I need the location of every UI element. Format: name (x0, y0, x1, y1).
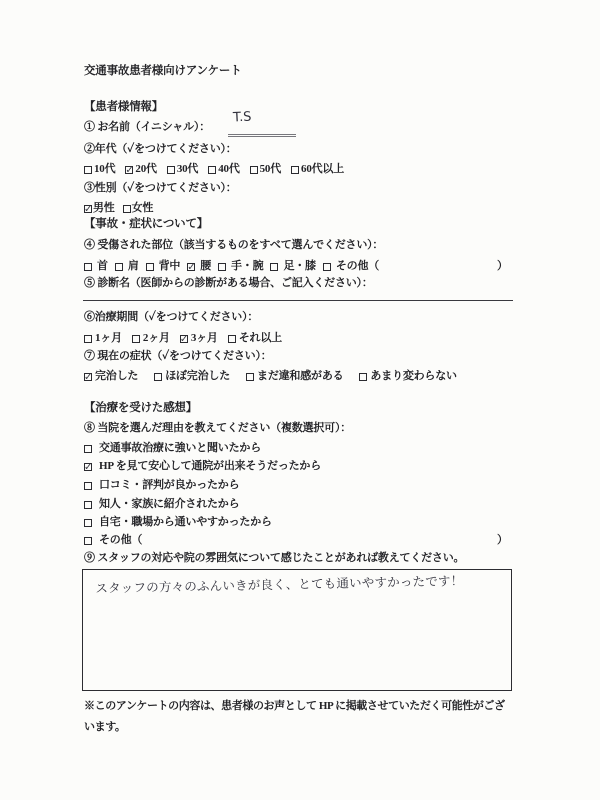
checkbox-option-part-hand-arm[interactable]: 手・腕 (218, 259, 263, 274)
option-label: 2ヶ月 (143, 331, 170, 346)
checkbox-option-gender-female[interactable]: 女性 (123, 201, 154, 216)
checkbox-option-symptom-unchanged[interactable]: あまり変わらない (359, 369, 456, 384)
option-label: 60代以上 (301, 162, 344, 177)
footnote: ※このアンケートの内容は、患者様のお声として HP に掲載させていただく可能性が… (84, 696, 514, 738)
checkbox-icon[interactable] (154, 373, 162, 381)
checkbox-option-age-50s[interactable]: 50代 (250, 162, 281, 177)
checkbox-icon[interactable] (125, 166, 133, 174)
checkbox-icon[interactable] (270, 263, 278, 271)
checkbox-icon[interactable] (84, 463, 92, 471)
option-label: 交通事故治療に強いと聞いたから (99, 441, 261, 456)
scanned-questionnaire-page: 交通事故患者様向けアンケート 【患者様情報】 ① お名前（イニシャル）： T.S… (0, 0, 600, 800)
option-label: 首 (97, 259, 108, 274)
option-label: その他（ (99, 533, 142, 548)
q4-options-row: 首 肩 背中 腰 手・腕 足・膝 その他（ (84, 259, 386, 274)
checkbox-option-duration-1month[interactable]: 1ヶ月 (84, 331, 122, 346)
q9-handwritten-answer: スタッフの方々のふんいきが良く、とても通いやすかったです！ (83, 561, 511, 597)
option-label: 男性 (93, 201, 115, 216)
checkbox-icon[interactable] (84, 519, 92, 527)
checkbox-icon[interactable] (84, 445, 92, 453)
option-label: 腰 (200, 259, 211, 274)
checkbox-icon[interactable] (323, 263, 331, 271)
checkbox-option-symptom-discomfort[interactable]: まだ違和感がある (246, 369, 343, 384)
q4-other-close-paren: ） (497, 259, 508, 274)
option-label: まだ違和感がある (257, 369, 343, 384)
checkbox-icon[interactable] (167, 166, 175, 174)
section-heading-accident: 【事故・症状について】 (84, 217, 208, 232)
checkbox-option-part-back[interactable]: 背中 (146, 259, 181, 274)
q3-options-row: 男性 女性 (84, 201, 161, 216)
q8-option-row: 口コミ・評判が良かったから (84, 478, 239, 493)
checkbox-icon[interactable] (187, 263, 195, 271)
option-label: それ以上 (239, 331, 282, 346)
option-label: 3ヶ月 (191, 331, 218, 346)
checkbox-option-part-neck[interactable]: 首 (84, 259, 108, 274)
checkbox-option-symptom-cured[interactable]: 完治した (84, 369, 138, 384)
q1-name-field[interactable] (228, 124, 296, 137)
checkbox-option-age-10s[interactable]: 10代 (84, 162, 115, 177)
checkbox-icon[interactable] (84, 335, 92, 343)
option-label: 1ヶ月 (95, 331, 122, 346)
checkbox-option-duration-more[interactable]: それ以上 (228, 331, 282, 346)
q1-row: ① お名前（イニシャル）： (84, 120, 210, 135)
checkbox-reason-strong-in-accident-care[interactable]: 交通事故治療に強いと聞いたから (84, 441, 261, 456)
checkbox-icon[interactable] (250, 166, 258, 174)
option-label: あまり変わらない (370, 369, 456, 384)
checkbox-option-part-waist[interactable]: 腰 (187, 259, 211, 274)
q5-label: ⑤ 診断名（医師からの診断がある場合、ご記入ください）： (84, 276, 373, 291)
checkbox-icon[interactable] (218, 263, 226, 271)
checkbox-icon[interactable] (84, 501, 92, 509)
option-label: 口コミ・評判が良かったから (99, 478, 239, 493)
q8-option-row: 交通事故治療に強いと聞いたから (84, 441, 261, 456)
option-label: 知人・家族に紹介されたから (99, 497, 239, 512)
q8-option-row: その他（ (84, 533, 142, 548)
section-heading-feedback: 【治療を受けた感想】 (84, 401, 197, 416)
q2-label: ②年代（✓をつけてください）： (84, 142, 237, 157)
checkbox-reason-other[interactable]: その他（ (84, 533, 142, 548)
checkbox-icon[interactable] (84, 482, 92, 490)
checkbox-icon[interactable] (132, 335, 140, 343)
checkbox-option-age-40s[interactable]: 40代 (208, 162, 239, 177)
q9-comment-box[interactable]: スタッフの方々のふんいきが良く、とても通いやすかったです！ (82, 569, 512, 691)
option-label: 完治した (95, 369, 138, 384)
q6-options-row: 1ヶ月 2ヶ月 3ヶ月 それ以上 (84, 331, 292, 346)
option-label: 30代 (177, 162, 198, 177)
q8-option-row: 知人・家族に紹介されたから (84, 497, 239, 512)
option-label: 20代 (135, 162, 156, 177)
page-title: 交通事故患者様向けアンケート (84, 64, 242, 79)
checkbox-option-part-leg-knee[interactable]: 足・膝 (270, 259, 315, 274)
q6-label: ⑥治療期間（✓をつけてください）： (84, 310, 258, 325)
q7-label: ⑦ 現在の症状（✓をつけてください）： (84, 349, 272, 364)
checkbox-icon[interactable] (84, 373, 92, 381)
q7-options-row: 完治した ほぼ完治した まだ違和感がある あまり変わらない (84, 369, 473, 384)
checkbox-icon[interactable] (123, 205, 131, 213)
q8-label: ⑧ 当院を選んだ理由を教えてください（複数選択可）： (84, 421, 351, 436)
checkbox-option-symptom-almost-cured[interactable]: ほぼ完治した (154, 369, 230, 384)
option-label: その他（ (336, 259, 379, 274)
checkbox-reason-reviews[interactable]: 口コミ・評判が良かったから (84, 478, 239, 493)
option-label: 50代 (260, 162, 281, 177)
q1-label: ① お名前（イニシャル）： (84, 121, 210, 133)
option-label: 自宅・職場から通いやすかったから (99, 515, 272, 530)
q3-label: ③性別（✓をつけてください）： (84, 181, 237, 196)
checkbox-option-age-20s[interactable]: 20代 (125, 162, 156, 177)
q2-options-row: 10代 20代 30代 40代 50代 60代以上 (84, 162, 354, 177)
option-label: 10代 (94, 162, 115, 177)
checkbox-icon[interactable] (84, 263, 92, 271)
checkbox-icon[interactable] (359, 373, 367, 381)
checkbox-option-age-60plus[interactable]: 60代以上 (291, 162, 344, 177)
checkbox-icon[interactable] (246, 373, 254, 381)
checkbox-icon[interactable] (146, 263, 154, 271)
option-label: 背中 (159, 259, 181, 274)
option-label: 女性 (132, 201, 154, 216)
checkbox-icon[interactable] (208, 166, 216, 174)
checkbox-icon[interactable] (84, 205, 92, 213)
checkbox-option-duration-2months[interactable]: 2ヶ月 (132, 331, 170, 346)
checkbox-icon[interactable] (84, 537, 92, 545)
checkbox-icon[interactable] (180, 335, 188, 343)
checkbox-option-gender-male[interactable]: 男性 (84, 201, 115, 216)
checkbox-reason-convenient-location[interactable]: 自宅・職場から通いやすかったから (84, 515, 272, 530)
q5-answer-line[interactable] (83, 300, 513, 301)
q4-label: ④ 受傷された部位（該当するものをすべて選んでください）： (84, 238, 383, 253)
checkbox-icon[interactable] (115, 263, 123, 271)
q8-option-row: 自宅・職場から通いやすかったから (84, 515, 272, 530)
checkbox-option-part-shoulder[interactable]: 肩 (115, 259, 139, 274)
option-label: 足・膝 (283, 259, 315, 274)
checkbox-reason-website[interactable]: HP を見て安心して通院が出来そうだったから (84, 459, 321, 474)
section-heading-patient-info: 【患者様情報】 (84, 100, 163, 115)
checkbox-reason-referral[interactable]: 知人・家族に紹介されたから (84, 497, 239, 512)
q8-option-row: HP を見て安心して通院が出来そうだったから (84, 459, 321, 474)
option-label: 手・腕 (231, 259, 263, 274)
checkbox-icon[interactable] (228, 335, 236, 343)
checkbox-option-part-other[interactable]: その他（ (323, 259, 379, 274)
option-label: HP を見て安心して通院が出来そうだったから (99, 459, 321, 474)
q8-other-close-paren: ） (497, 533, 508, 548)
checkbox-option-duration-3months[interactable]: 3ヶ月 (180, 331, 218, 346)
option-label: ほぼ完治した (165, 369, 230, 384)
option-label: 肩 (128, 259, 139, 274)
checkbox-option-age-30s[interactable]: 30代 (167, 162, 198, 177)
checkbox-icon[interactable] (84, 166, 92, 174)
checkbox-icon[interactable] (291, 166, 299, 174)
option-label: 40代 (218, 162, 239, 177)
